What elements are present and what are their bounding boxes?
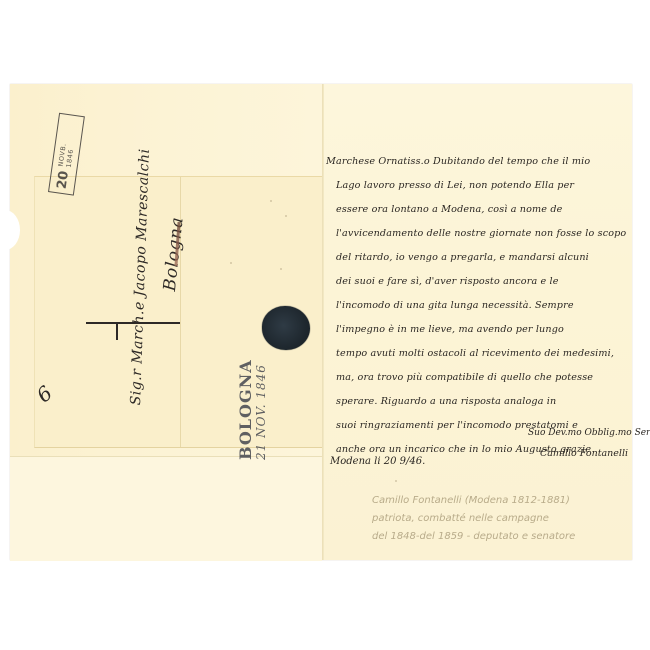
letter-line: l'incomodo di una gita lunga necessità. … — [336, 294, 626, 318]
pencil-note-line: patriota, combatté nelle campagne — [372, 510, 575, 528]
postmark-date: 21 NOV. 1846 — [254, 359, 268, 460]
postmark-city: BOLOGNA — [238, 359, 254, 460]
foxing-speck — [280, 268, 282, 270]
letter-line: sperare. Riguardo a una risposta analoga… — [336, 390, 626, 414]
center-fold — [322, 84, 324, 560]
letter-line: ma, ora trovo più compatibile di quello … — [336, 366, 626, 390]
foxing-speck — [230, 262, 232, 264]
foxing-speck — [270, 200, 272, 202]
pencil-note-line: del 1848-del 1859 - deputato e senatore — [372, 528, 575, 546]
letter-line: del ritardo, io vengo a pregarla, e mand… — [336, 246, 626, 270]
postal-stamp-number: 20 — [54, 170, 71, 190]
letter-line: essere ora lontano a Modena, così a nome… — [336, 198, 626, 222]
postal-stamp-year: 1846 — [65, 144, 76, 168]
letter-line: dei suoi e fare sì, d'aver risposto anco… — [336, 270, 626, 294]
letter-closing: Suo Dev.mo Obblig.mo Servo — [528, 428, 650, 438]
scan-canvas: 20 NOVB. 1846 Sig.r March.e Jacopo Mares… — [0, 0, 650, 650]
foxing-speck — [395, 480, 397, 482]
letter-body: Marchese Ornatiss.o Dubitando del tempo … — [326, 150, 626, 462]
letter-line: Lago lavoro presso di Lei, non potendo E… — [336, 174, 626, 198]
wax-seal-icon — [262, 306, 310, 350]
address-flourish-tail — [116, 322, 118, 340]
letter-line: tempo avuti molti ostacoli al riceviment… — [336, 342, 626, 366]
bologna-postmark: BOLOGNA 21 NOV. 1846 — [238, 359, 268, 460]
letter-place-date: Modena li 20 9/46. — [330, 456, 425, 467]
archival-pencil-note: Camillo Fontanelli (Modena 1812-1881) pa… — [372, 492, 575, 546]
letter-line: Marchese Ornatiss.o Dubitando del tempo … — [326, 150, 626, 174]
lower-flap — [10, 456, 322, 561]
pencil-note-line: Camillo Fontanelli (Modena 1812-1881) — [372, 492, 575, 510]
letter-line: l'avvicendamento delle nostre giornate n… — [336, 222, 626, 246]
address-flourish — [86, 322, 180, 324]
letter-signature: Camillo Fontanelli — [540, 448, 628, 459]
letter-line: l'impegno è in me lieve, ma avendo per l… — [336, 318, 626, 342]
foxing-speck — [285, 215, 287, 217]
